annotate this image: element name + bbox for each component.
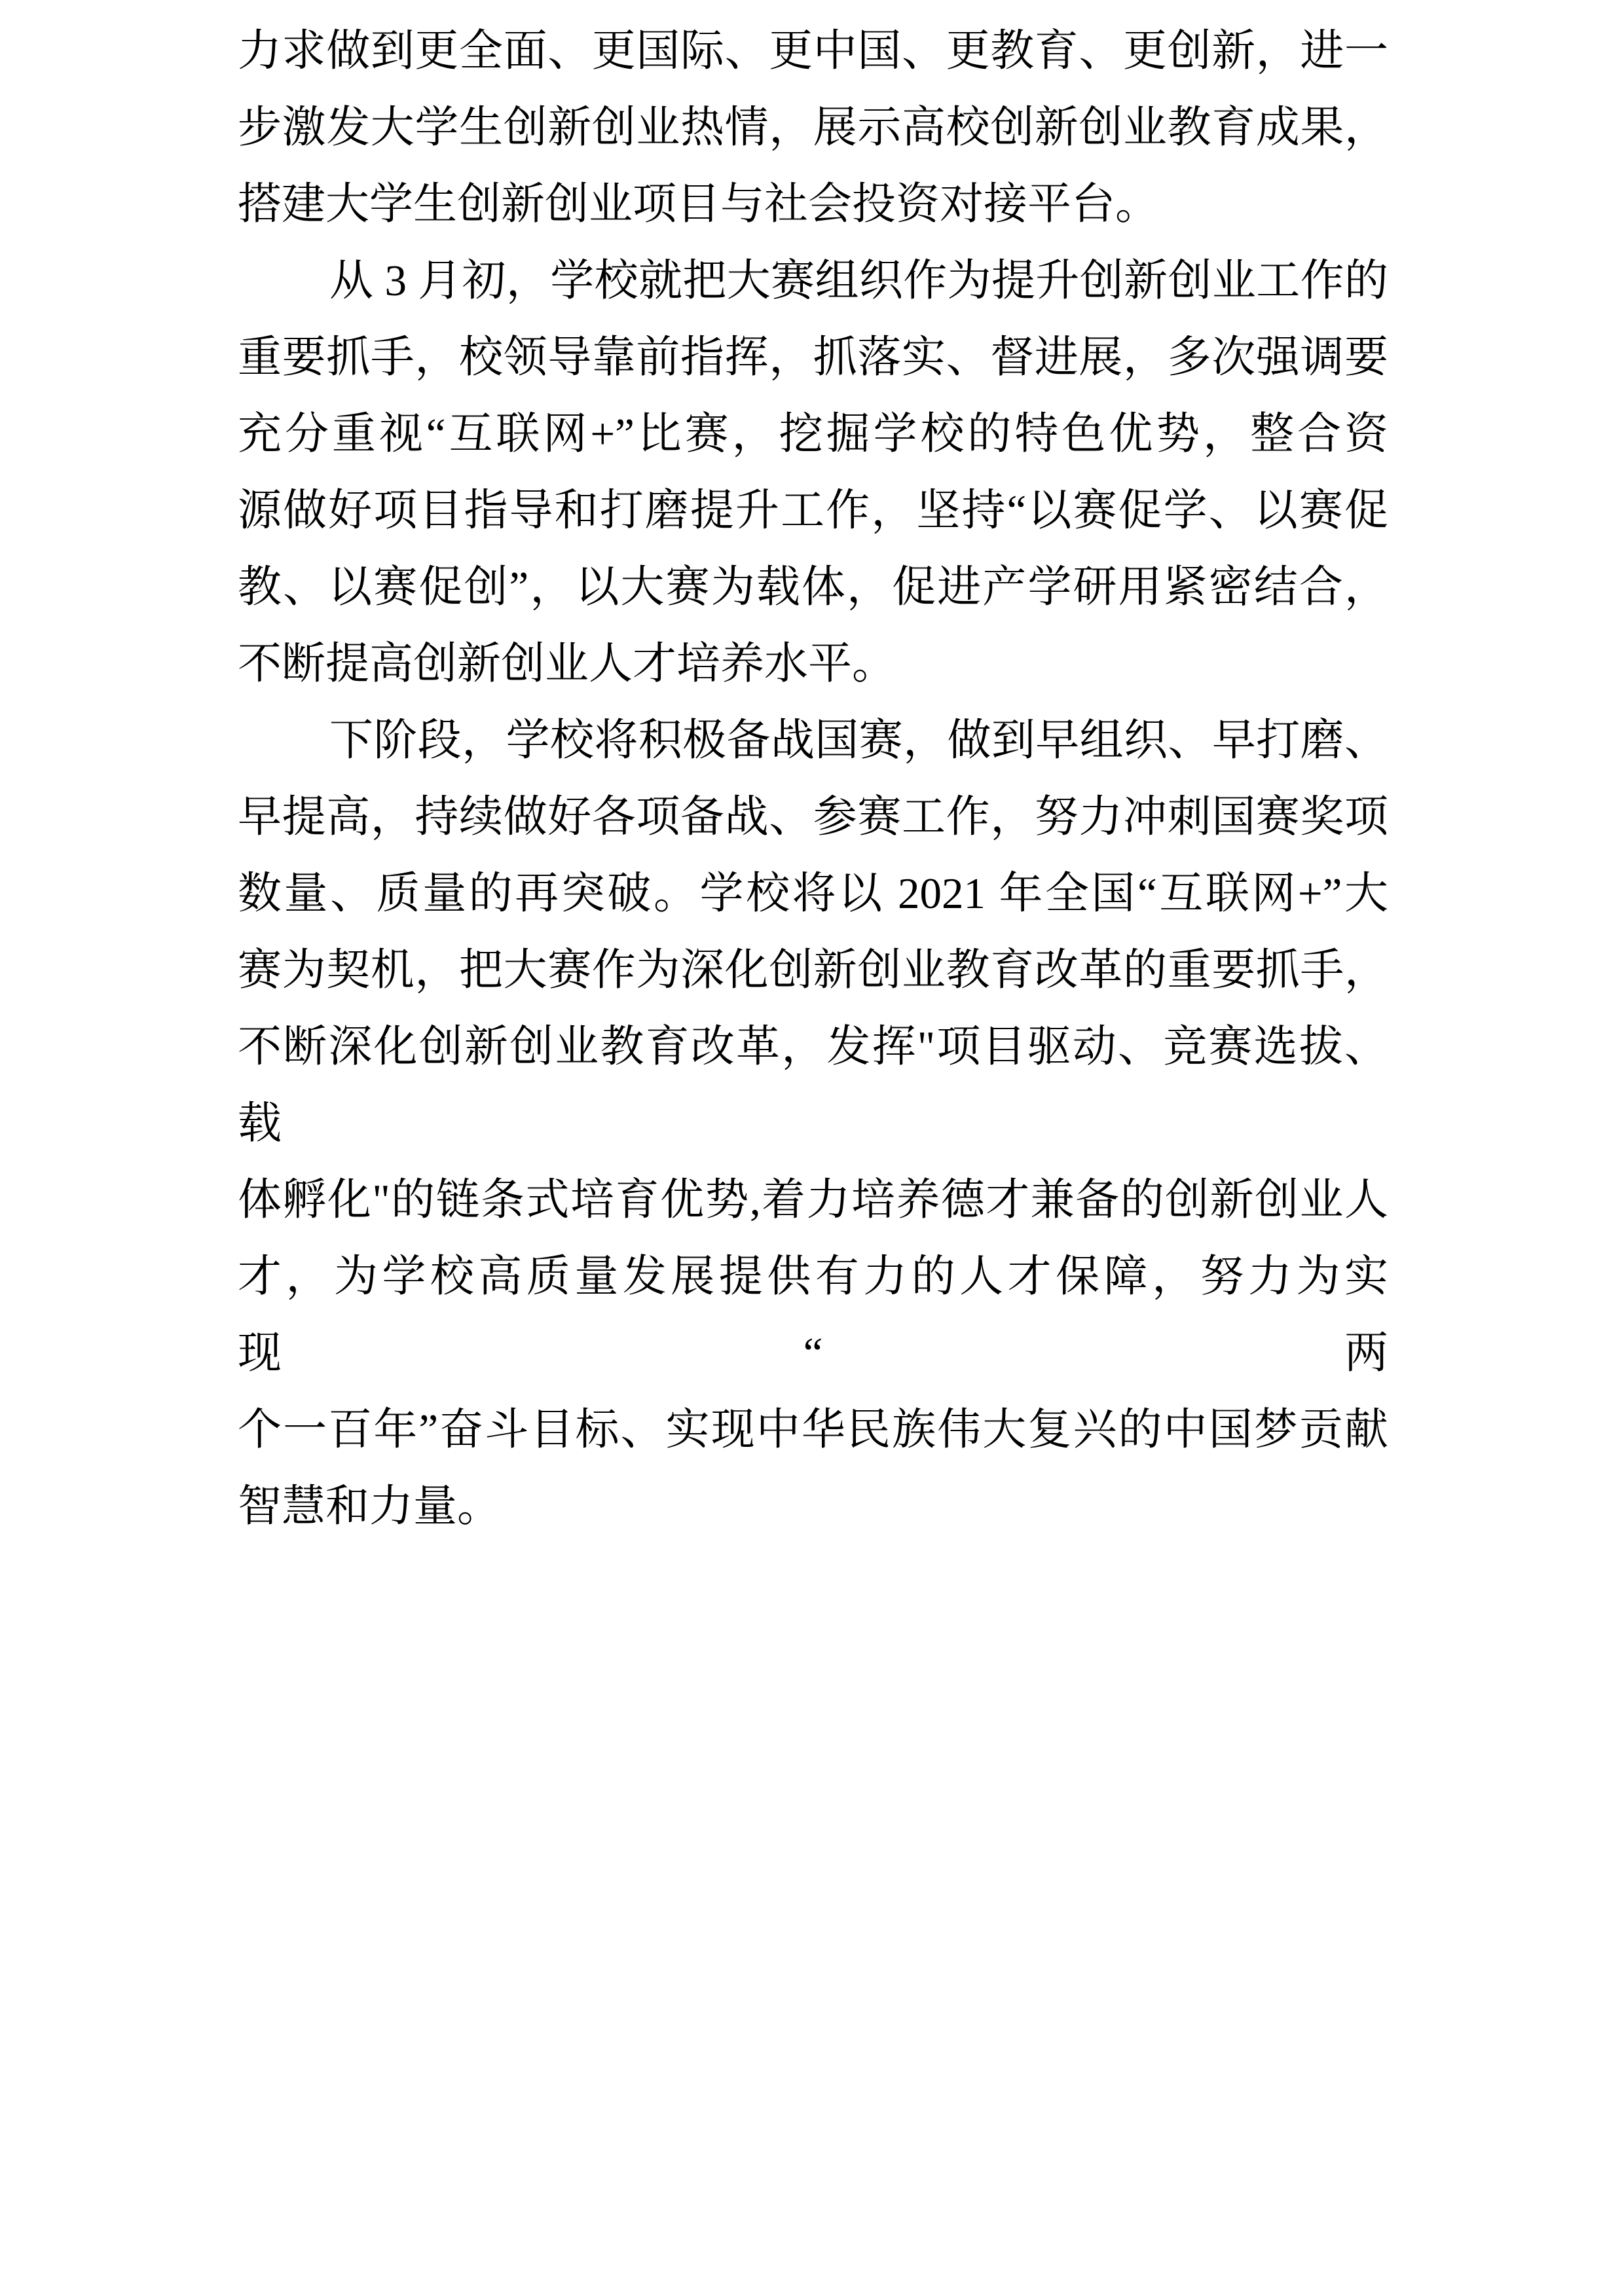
text-line: 才，为学校高质量发展提供有力的人才保障，努力为实现“两	[238, 1239, 1388, 1392]
text-line: 教、以赛促创”，以大赛为载体，促进产学研用紧密结合，	[238, 549, 1388, 626]
text-line: 充分重视“互联网+”比赛，挖掘学校的特色优势，整合资	[238, 396, 1388, 473]
document-text: 力求做到更全面、更国际、更中国、更教育、更创新，进一步激发大学生创新创业热情，展…	[238, 13, 1388, 1545]
text-line: 早提高，持续做好各项备战、参赛工作，努力冲刺国赛奖项	[238, 779, 1388, 856]
text-line: 力求做到更全面、更国际、更中国、更教育、更创新，进一	[238, 13, 1388, 90]
text-line: 步激发大学生创新创业热情，展示高校创新创业教育成果，	[238, 90, 1388, 166]
text-line: 源做好项目指导和打磨提升工作，坚持“以赛促学、以赛促	[238, 473, 1388, 549]
text-line: 数量、质量的再突破。学校将以 2021 年全国“互联网+”大	[238, 856, 1388, 932]
text-line: 智慧和力量。	[238, 1468, 1388, 1545]
text-line: 不断深化创新创业教育改革，发挥"项目驱动、竞赛选拔、载	[238, 1009, 1388, 1162]
text-line: 不断提高创新创业人才培养水平。	[238, 626, 1388, 702]
text-line: 个一百年”奋斗目标、实现中华民族伟大复兴的中国梦贡献	[238, 1392, 1388, 1468]
text-line: 搭建大学生创新创业项目与社会投资对接平台。	[238, 166, 1388, 243]
text-line: 下阶段，学校将积极备战国赛，做到早组织、早打磨、	[238, 702, 1388, 779]
document-page: 力求做到更全面、更国际、更中国、更教育、更创新，进一步激发大学生创新创业热情，展…	[0, 0, 1624, 2296]
text-line: 重要抓手，校领导靠前指挥，抓落实、督进展，多次强调要	[238, 319, 1388, 396]
text-line: 从 3 月初，学校就把大赛组织作为提升创新创业工作的	[238, 243, 1388, 319]
text-line: 体孵化"的链条式培育优势,着力培养德才兼备的创新创业人	[238, 1162, 1388, 1239]
text-line: 赛为契机，把大赛作为深化创新创业教育改革的重要抓手，	[238, 932, 1388, 1009]
